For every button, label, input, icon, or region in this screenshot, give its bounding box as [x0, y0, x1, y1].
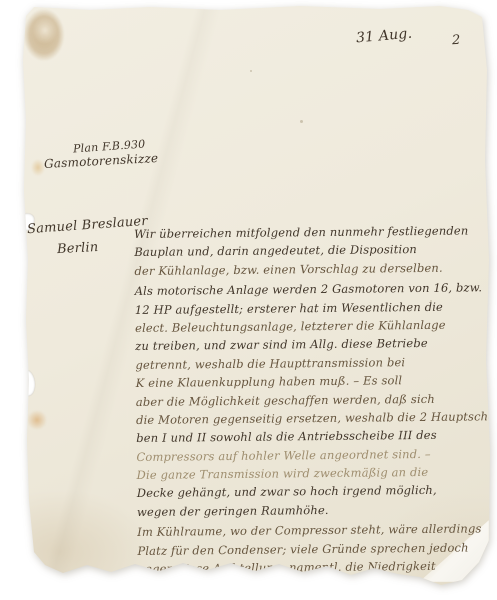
letter-body: Wir überreichen mitfolgend den nunmehr f… — [134, 221, 497, 578]
recipient-name: Samuel Breslauer — [27, 214, 149, 237]
page-number: 2 — [452, 33, 461, 48]
recipient-city: Berlin — [57, 240, 99, 257]
letter-paper-wrapper: 31 Aug. 2 Plan F.B.930 Gasmotorenskizze … — [0, 0, 497, 600]
body-line-19: gegen diese Aufstellung, namentl. die Ni… — [138, 556, 497, 578]
plan-subject: Gasmotorenskizze — [44, 151, 159, 171]
body-line-16: wegen der geringen Raumhöhe. — [137, 499, 497, 521]
ink-blot-stain-round — [27, 410, 47, 430]
seal-stain — [22, 7, 66, 63]
paper-speck — [300, 120, 303, 123]
ink-blot-stain-small — [31, 159, 45, 176]
paper-speck — [250, 70, 252, 72]
date-annotation: 31 Aug. — [355, 26, 412, 47]
body-line-3: der Kühlanlage, bzw. einen Vorschlag zu … — [134, 258, 496, 280]
body-line-18: Platz für den Condenser; viele Gründe sp… — [137, 538, 497, 560]
photo-background: 31 Aug. 2 Plan F.B.930 Gasmotorenskizze … — [0, 0, 497, 600]
paper-hole-lower — [18, 369, 36, 397]
letter-paper: 31 Aug. 2 Plan F.B.930 Gasmotorenskizze … — [0, 0, 497, 600]
